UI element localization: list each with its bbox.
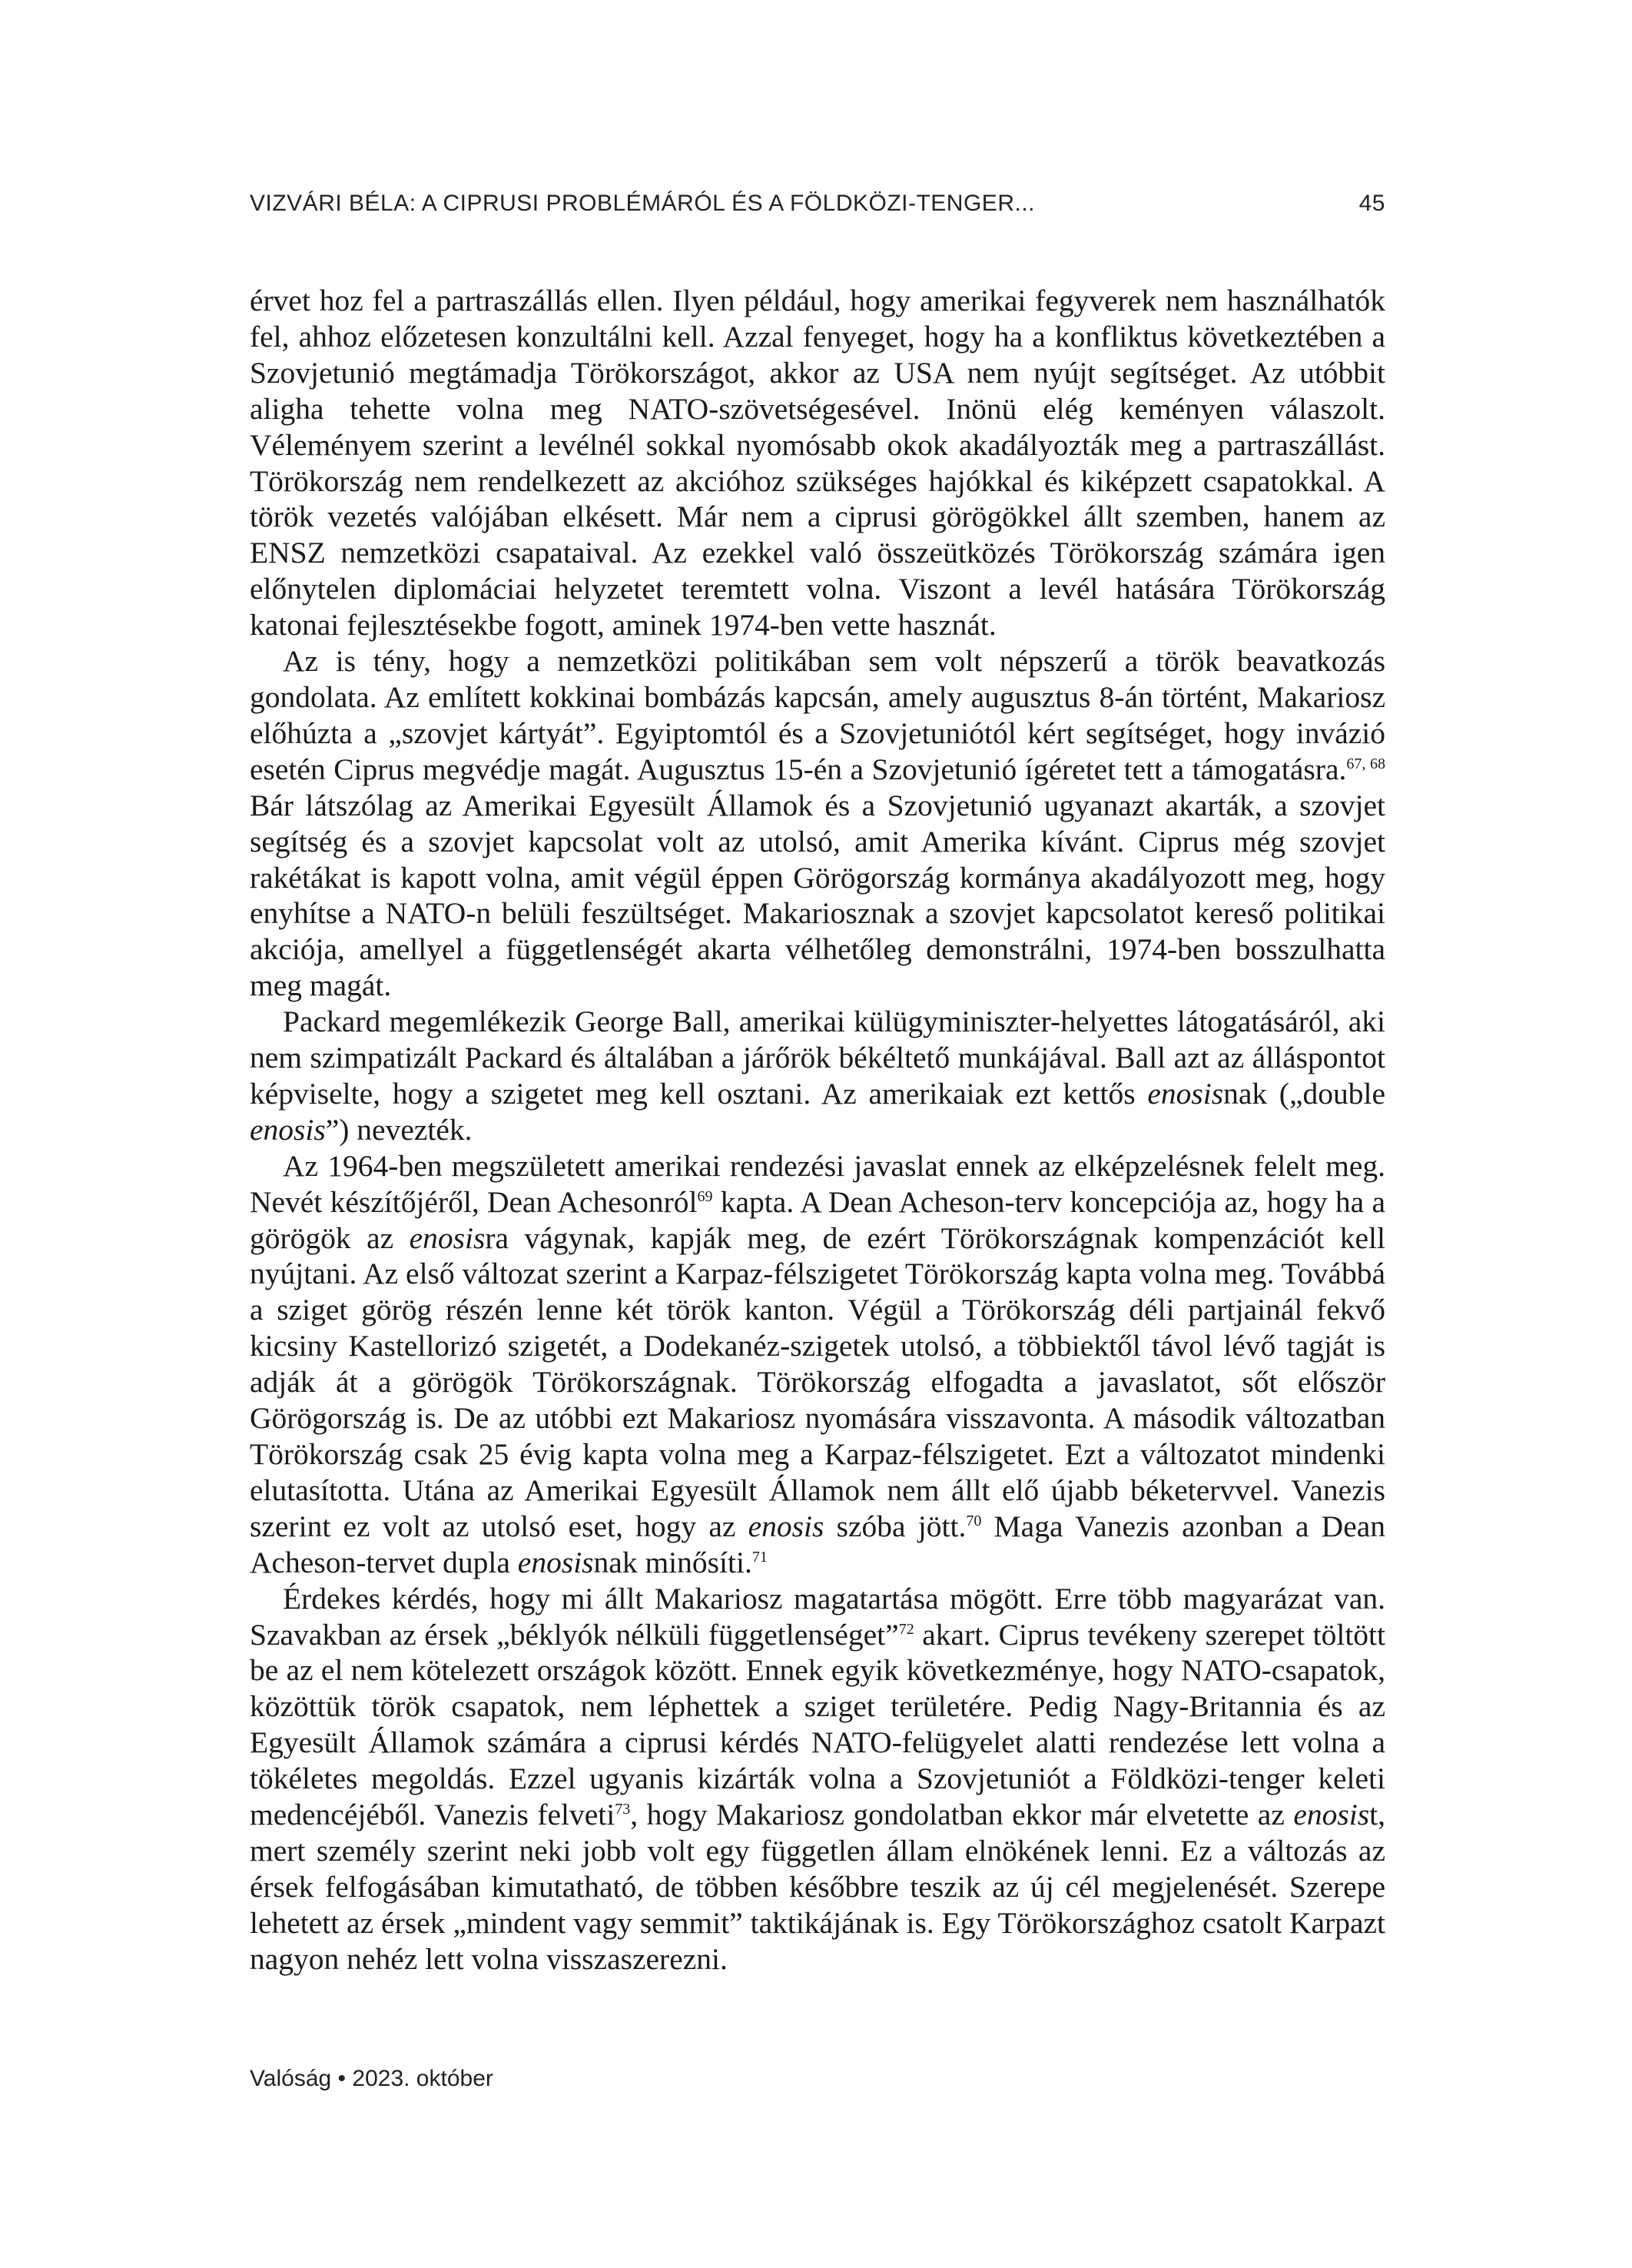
text-run: ra vágynak, kapják meg, de ezért Törökor… xyxy=(250,1221,1385,1543)
footnote-ref: 69 xyxy=(698,1188,713,1205)
page-footer: Valóság • 2023. október xyxy=(250,2066,493,2092)
text-run: Bár látszólag az Amerikai Egyesült Állam… xyxy=(250,789,1385,1003)
issue-date: 2023. október xyxy=(352,2066,493,2091)
running-header: VIZVÁRI BÉLA: A CIPRUSI PROBLÉMÁRÓL ÉS A… xyxy=(250,191,1385,217)
footnote-ref: 71 xyxy=(752,1549,768,1566)
italic-term: enosis xyxy=(410,1221,486,1255)
text-run: ”) nevezték. xyxy=(326,1113,473,1147)
paragraph: Packard megemlékezik George Ball, amerik… xyxy=(250,1004,1385,1148)
text-run: szóba jött. xyxy=(824,1509,966,1543)
footnote-ref: 67, 68 xyxy=(1346,755,1385,772)
text-run: nak („double xyxy=(1223,1077,1385,1111)
footnote-ref: 70 xyxy=(966,1513,981,1529)
text-run: nak minősíti. xyxy=(594,1546,752,1579)
text-run: érvet hoz fel a partraszállás ellen. Ily… xyxy=(250,284,1385,642)
paragraph: érvet hoz fel a partraszállás ellen. Ily… xyxy=(250,283,1385,643)
footnote-ref: 72 xyxy=(899,1620,914,1637)
paragraph: Érdekes kérdés, hogy mi állt Makariosz m… xyxy=(250,1581,1385,1977)
journal-name: Valóság xyxy=(250,2066,331,2091)
footnote-ref: 73 xyxy=(615,1801,630,1818)
running-title: VIZVÁRI BÉLA: A CIPRUSI PROBLÉMÁRÓL ÉS A… xyxy=(250,191,1035,217)
paragraph: Az is tény, hogy a nemzetközi politikába… xyxy=(250,643,1385,1004)
page-number: 45 xyxy=(1359,191,1385,217)
article-body: érvet hoz fel a partraszállás ellen. Ily… xyxy=(250,283,1385,1977)
text-run: Az is tény, hogy a nemzetközi politikába… xyxy=(250,644,1385,786)
italic-term: enosis xyxy=(250,1113,326,1147)
italic-term: enosis xyxy=(1293,1798,1369,1831)
italic-term: enosis xyxy=(518,1546,594,1579)
footer-separator: • xyxy=(338,2066,347,2091)
italic-term: enosis xyxy=(1147,1077,1223,1111)
text-run: , hogy Makariosz gondolatban ek­kor már … xyxy=(630,1798,1293,1831)
italic-term: enosis xyxy=(748,1509,824,1543)
paragraph: Az 1964-ben megszületett amerikai rendez… xyxy=(250,1148,1385,1581)
